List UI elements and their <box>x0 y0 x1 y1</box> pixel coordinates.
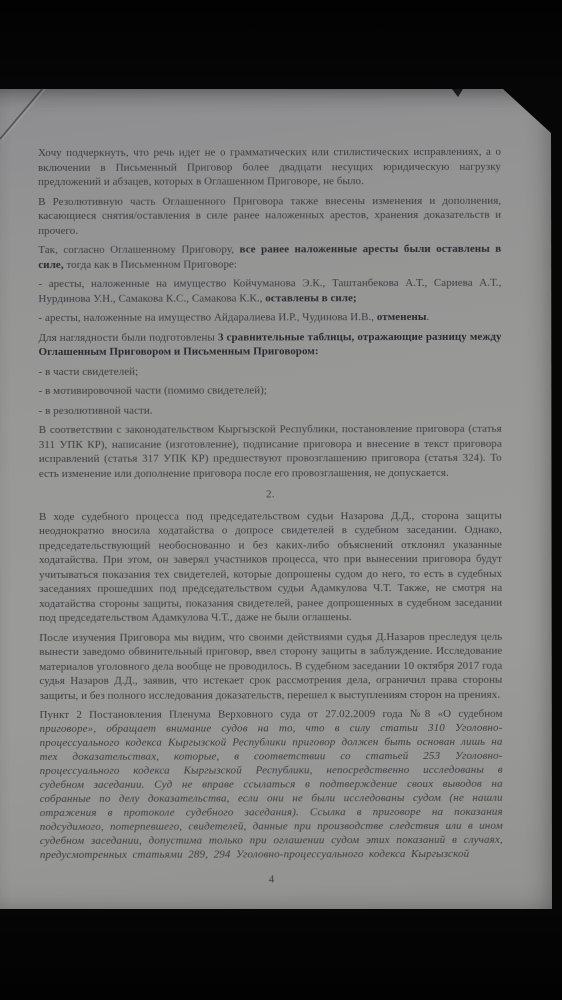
text-segment-italic: приговоре», обращает внимание судов на т… <box>40 722 503 861</box>
paragraph: Пункт 2 Постановления Пленума Верховного… <box>39 707 502 862</box>
document-text: Хочу подчеркнуть, что речь идет не о гра… <box>38 145 503 893</box>
text-segment-regular: тогда как в Письменном Приговоре: <box>64 258 237 270</box>
text-segment-regular: - в мотивировочной части (помимо свидете… <box>39 384 267 397</box>
text-segment-regular: 4 <box>269 873 275 885</box>
paragraph: - в мотивировочной части (помимо свидете… <box>39 383 502 399</box>
photo-background: Хочу подчеркнуть, что речь идет не о гра… <box>0 0 562 1000</box>
text-segment-bold: оставлены в силе; <box>265 292 356 304</box>
text-segment-regular: - аресты, наложенные на имущество Айдара… <box>38 311 376 324</box>
text-segment-regular: После изучения Приговора мы видим, что с… <box>39 630 502 701</box>
text-segment-regular: - в части свидетелей; <box>39 365 139 377</box>
paragraph: - аресты, наложенные на имущество Айдара… <box>38 310 501 326</box>
page-number: 4 <box>40 872 503 888</box>
paragraph: Хочу подчеркнуть, что речь идет не о гра… <box>38 145 501 190</box>
text-segment-regular: - в резолютивной части. <box>39 404 153 416</box>
paragraph: В соответствии с законодательством Кыргы… <box>39 422 502 481</box>
paragraph: После изучения Приговора мы видим, что с… <box>39 629 502 703</box>
paragraph: В Резолютивную часть Оглашенного Пригово… <box>38 193 501 238</box>
section-number: 2. <box>39 487 502 503</box>
text-segment-regular: В ходе судебного процесса под председате… <box>39 509 502 624</box>
text-segment-regular: Пункт 2 Постановления Пленума Верховного… <box>39 708 502 721</box>
paragraph: - аресты, наложенные на имущество Койчум… <box>38 276 501 306</box>
text-segment-regular: Для наглядности были подготовлены <box>38 331 217 343</box>
paragraph: - в части свидетелей; <box>39 363 502 379</box>
text-segment-regular: . <box>426 311 429 323</box>
text-segment-regular: Так, согласно Оглашенному Приговору, <box>38 243 239 256</box>
paragraph: Так, согласно Оглашенному Приговору, все… <box>38 242 501 272</box>
text-segment-regular: В Резолютивную часть Оглашенного Пригово… <box>38 194 501 236</box>
text-segment-bold: отменены <box>377 311 427 323</box>
paragraph: - в резолютивной части. <box>39 402 502 418</box>
paragraph: В ходе судебного процесса под председате… <box>39 508 502 625</box>
text-segment-regular: 2. <box>266 488 275 500</box>
text-segment-regular: В соответствии с законодательством Кыргы… <box>39 423 502 480</box>
paragraph: Для наглядности были подготовлены 3 срав… <box>38 329 501 359</box>
document-page: Хочу подчеркнуть, что речь идет не о гра… <box>0 89 562 909</box>
text-segment-regular: Хочу подчеркнуть, что речь идет не о гра… <box>38 146 501 188</box>
